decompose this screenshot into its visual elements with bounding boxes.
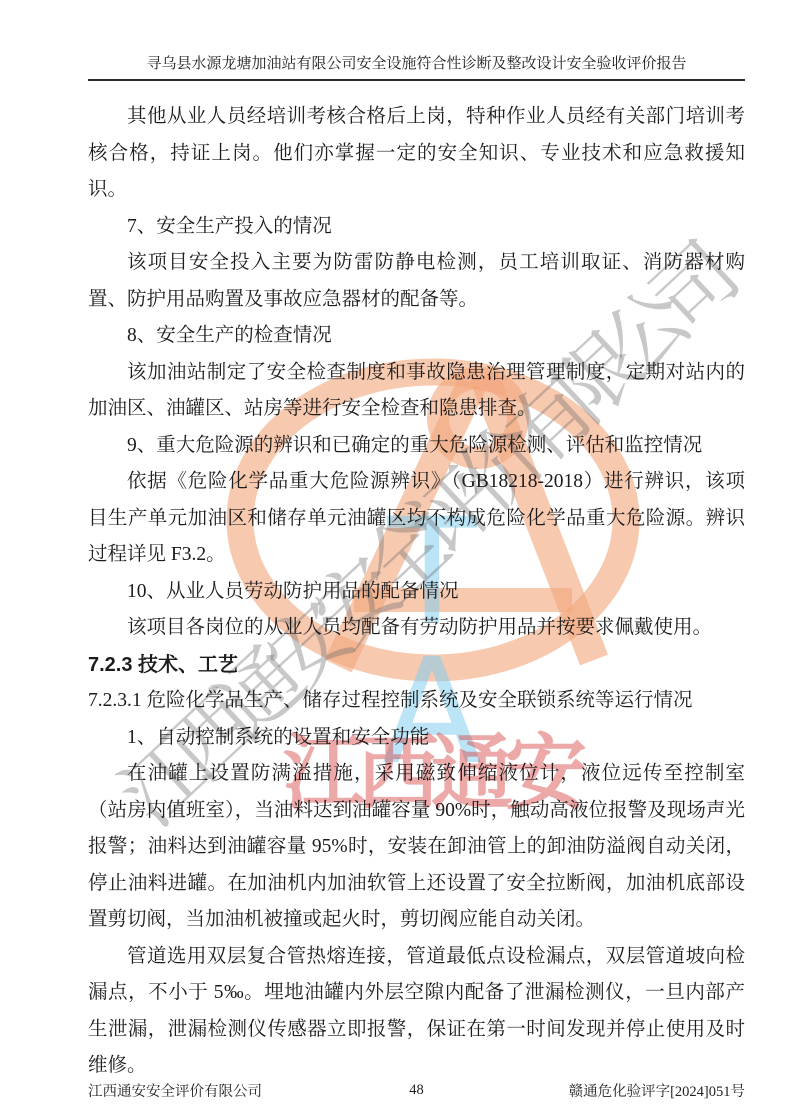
- footer-doc-number: 赣通危化验评字[2024]051号: [569, 1080, 745, 1101]
- paragraph: 该项目各岗位的从业人员均配备有劳动防护用品并按要求佩戴使用。: [88, 610, 745, 647]
- section-heading: 7.2.3 技术、工艺: [88, 647, 745, 684]
- section-item: 9、重大危险源的辨识和已确定的重大危险源检测、评估和监控情况: [127, 428, 745, 465]
- section-item: 7、安全生产投入的情况: [127, 209, 745, 246]
- page-content: 寻乌县水源龙塘加油站有限公司安全设施符合性诊断及整改设计安全验收评价报告 其他从…: [0, 52, 793, 1085]
- section-item: 10、从业人员劳动防护用品的配备情况: [127, 574, 745, 611]
- document-page: T A 江西通安安全评价有限公司 江西通安 寻乌县水源龙塘加油站有限公司安全设施…: [0, 0, 793, 1120]
- paragraph: 在油罐上设置防满溢措施，采用磁致伸缩液位计，液位远传至控制室（站房内值班室），当…: [88, 756, 745, 939]
- paragraph: 该项目安全投入主要为防雷防静电检测，员工培训取证、消防器材购置、防护用品购置及事…: [88, 245, 745, 318]
- body-text: 其他从业人员经培训考核合格后上岗，特种作业人员经有关部门培训考核合格，持证上岗。…: [88, 99, 745, 1085]
- paragraph: 管道选用双层复合管热熔连接，管道最低点设检漏点，双层管道坡向检漏点，不小于 5‰…: [88, 939, 745, 1085]
- subsection-heading: 7.2.3.1 危险化学品生产、储存过程控制系统及安全联锁系统等运行情况: [88, 683, 745, 720]
- header-title: 寻乌县水源龙塘加油站有限公司安全设施符合性诊断及整改设计安全验收评价报告: [88, 52, 745, 81]
- paragraph: 依据《危险化学品重大危险源辨识》（GB18218-2018）进行辨识，该项目生产…: [88, 464, 745, 574]
- section-item: 1、自动控制系统的设置和安全功能: [127, 720, 745, 757]
- paragraph: 其他从业人员经培训考核合格后上岗，特种作业人员经有关部门培训考核合格，持证上岗。…: [88, 99, 745, 209]
- section-item: 8、安全生产的检查情况: [127, 318, 745, 355]
- paragraph: 该加油站制定了安全检查制度和事故隐患治理管理制度，定期对站内的加油区、油罐区、站…: [88, 355, 745, 428]
